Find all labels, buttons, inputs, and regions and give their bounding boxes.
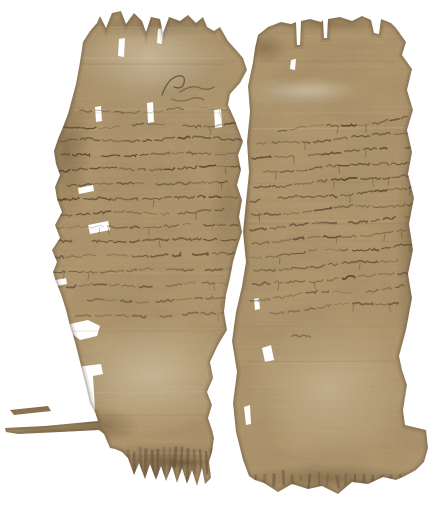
- papyrus-fragment-left: [0, 5, 255, 500]
- papyrus-photo: Photograph of two torn tan papyrus fragm…: [0, 0, 438, 507]
- papyrus-fragment-right: [228, 10, 438, 505]
- papyrus-sliver: [10, 406, 51, 415]
- papyrus-photo-canvas: [0, 0, 438, 507]
